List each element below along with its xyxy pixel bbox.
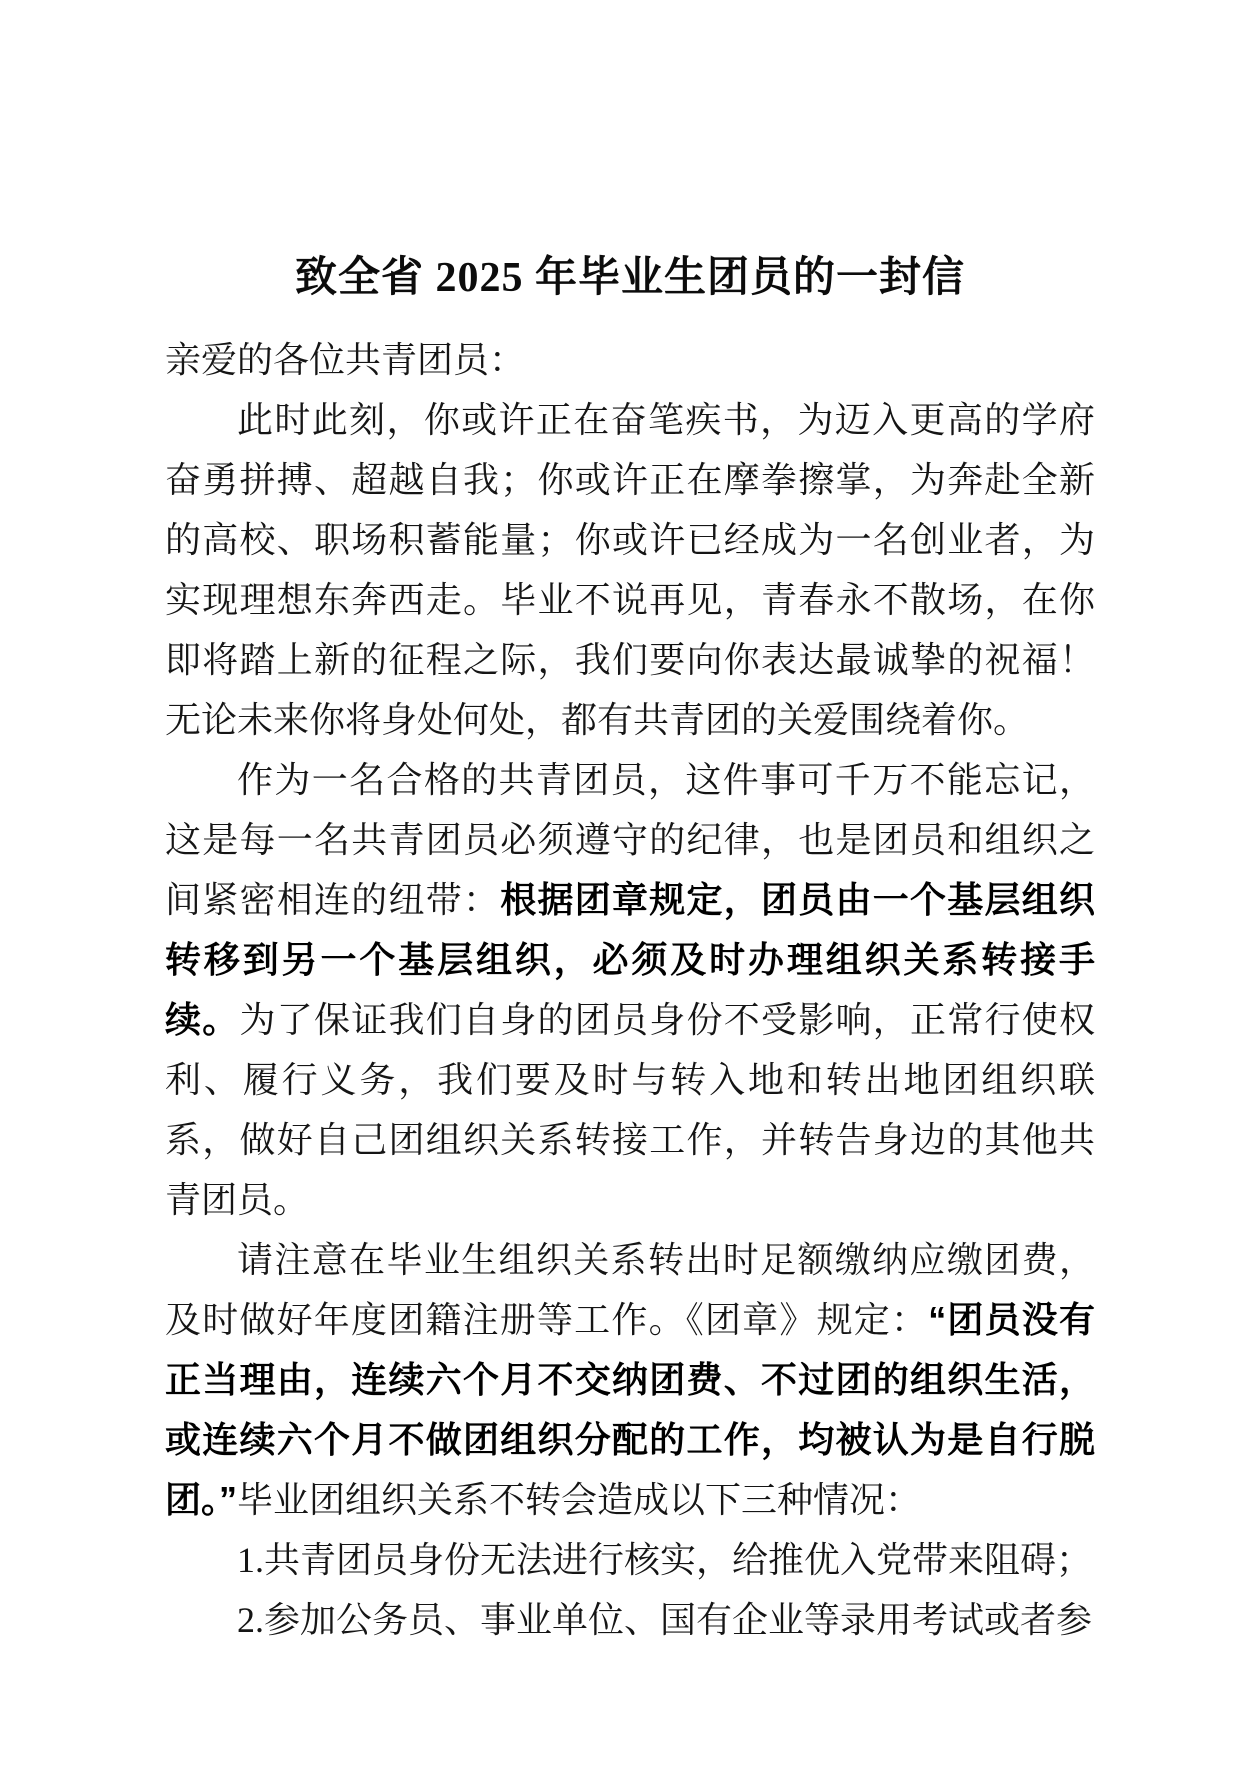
text-run: 1.共青团员身份无法进行核实，给推优入党带来阻碍； bbox=[237, 1540, 1092, 1580]
text-run: 毕业团组织关系不转会造成以下三种情况： bbox=[237, 1480, 921, 1520]
paragraph-4-list-item-1: 1.共青团员身份无法进行核实，给推优入党带来阻碍； bbox=[165, 1530, 1095, 1590]
paragraph-2: 作为一名合格的共青团员，这件事可千万不能忘记，这是每一名共青团员必须遵守的纪律，… bbox=[165, 750, 1095, 1230]
page-title: 致全省 2025 年毕业生团员的一封信 bbox=[165, 248, 1095, 308]
salutation: 亲爱的各位共青团员： bbox=[165, 330, 1095, 390]
text-run: 此时此刻，你或许正在奋笔疾书，为迈入更高的学府奋勇拼搏、超越自我；你或许正在摩拳… bbox=[165, 400, 1095, 740]
paragraph-1: 此时此刻，你或许正在奋笔疾书，为迈入更高的学府奋勇拼搏、超越自我；你或许正在摩拳… bbox=[165, 390, 1095, 750]
paragraph-3: 请注意在毕业生组织关系转出时足额缴纳应缴团费，及时做好年度团籍注册等工作。《团章… bbox=[165, 1230, 1095, 1530]
letter-content: 致全省 2025 年毕业生团员的一封信 亲爱的各位共青团员： 此时此刻，你或许正… bbox=[165, 248, 1095, 1650]
paragraph-5-list-item-2: 2.参加公务员、事业单位、国有企业等录用考试或者参 bbox=[165, 1590, 1095, 1650]
text-run: 2.参加公务员、事业单位、国有企业等录用考试或者参 bbox=[237, 1600, 1092, 1640]
text-run: 为了保证我们自身的团员身份不受影响，正常行使权利、履行义务，我们要及时与转入地和… bbox=[165, 1000, 1095, 1220]
letter-page: 致全省 2025 年毕业生团员的一封信 亲爱的各位共青团员： 此时此刻，你或许正… bbox=[0, 0, 1260, 1776]
